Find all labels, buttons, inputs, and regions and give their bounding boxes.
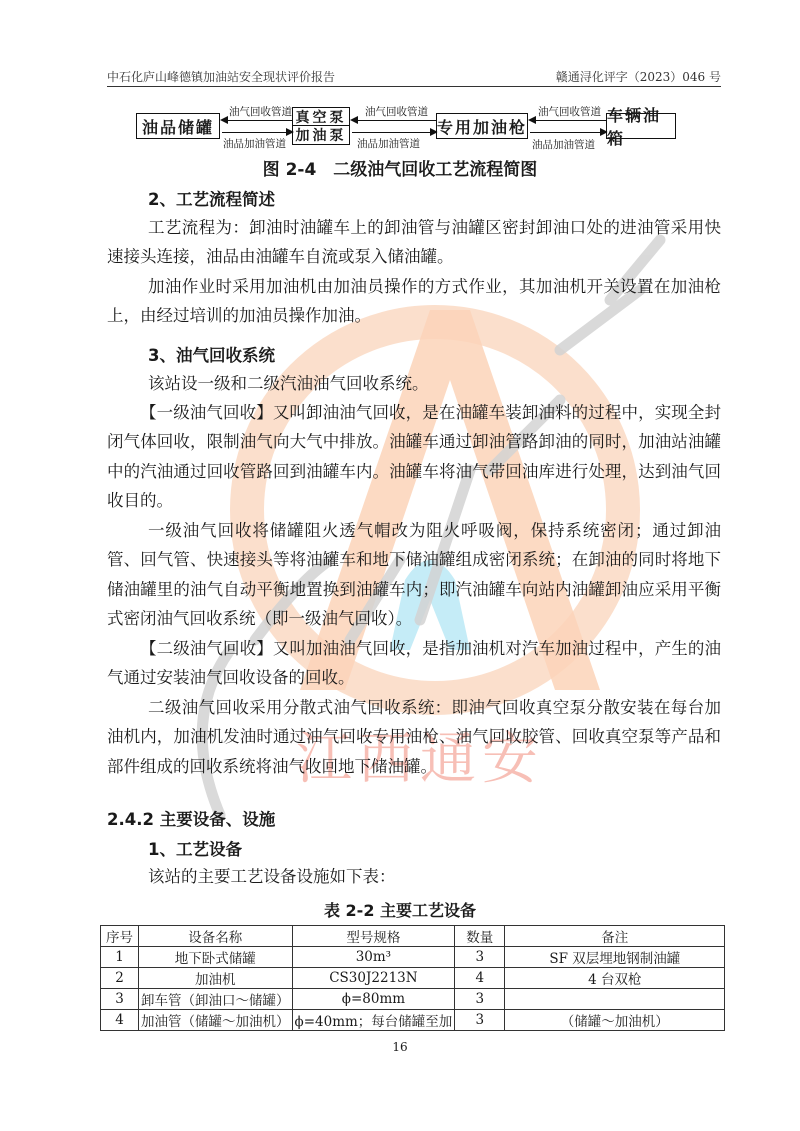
cell-spec: 30m³	[292, 947, 455, 968]
pipe-label-vapor-1: 油气回收管道	[229, 104, 292, 119]
table-row: 4 加油管（储罐～加油机） ϕ=40mm；每台储罐至加 3 （储罐～加油机）	[101, 1010, 725, 1031]
report-title: 中石化庐山峰德镇加油站安全现状评价报告	[107, 68, 335, 85]
paragraph-equipment-intro: 该站的主要工艺设备设施如下表：	[107, 862, 721, 891]
header-qty: 数量	[455, 926, 505, 947]
box-fuel-pump: 加油泵	[293, 126, 349, 144]
paragraph-process-2: 加油作业时采用加油机由加油员操作的方式作业，其加油机开关设置在加油枪上，由经过培…	[107, 272, 721, 331]
cell-no: 2	[101, 968, 139, 989]
cell-name: 地下卧式储罐	[139, 947, 293, 968]
paragraph-vapor-stage2: 【二级油气回收】又叫加油油气回收，是指加油机对汽车加油过程中，产生的油气通过安装…	[107, 634, 721, 693]
cell-spec: ϕ=80mm	[292, 989, 455, 1010]
section-title-process-equipment: 1、工艺设备	[148, 836, 242, 860]
cell-remarks: （储罐～加油机）	[505, 1010, 725, 1031]
document-page: 江西通安 中石化庐山峰德镇加油站安全现状评价报告 赣通浔化评字（2023）046…	[0, 0, 800, 1131]
paragraph-vapor-1: 该站设一级和二级汽油油气回收系统。	[107, 369, 721, 398]
pipe-label-vapor-2: 油气回收管道	[365, 104, 428, 119]
section-main-equipment: 2.4.2 主要设备、设施	[107, 806, 275, 830]
box-oil-tank: 油品储罐	[136, 113, 220, 139]
header-no: 序号	[101, 926, 139, 947]
cell-qty: 3	[455, 1010, 505, 1031]
cell-qty: 3	[455, 989, 505, 1010]
pipe-label-fuel-2: 油品加油管道	[357, 136, 420, 151]
section-title-process: 2、工艺流程简述	[148, 186, 275, 210]
table-row: 2 加油机 CS30J2213N 4 4 台双枪	[101, 968, 725, 989]
page-header: 中石化庐山峰德镇加油站安全现状评价报告 赣通浔化评字（2023）046 号	[107, 66, 721, 87]
cell-no: 3	[101, 989, 139, 1010]
arrow-vapor-3	[530, 120, 606, 121]
cell-qty: 4	[455, 968, 505, 989]
cell-no: 1	[101, 947, 139, 968]
box-nozzle: 专用加油枪	[436, 113, 528, 139]
pipe-label-fuel-3: 油品加油管道	[532, 137, 595, 152]
table-row: 1 地下卧式储罐 30m³ 3 SF 双层埋地钢制油罐	[101, 947, 725, 968]
cell-name: 卸车管（卸油口～储罐）	[139, 989, 293, 1010]
section-title-vapor-recovery: 3、油气回收系统	[148, 342, 275, 366]
cell-name: 加油管（储罐～加油机）	[139, 1010, 293, 1031]
cell-spec: ϕ=40mm；每台储罐至加	[292, 1010, 455, 1031]
cell-remarks: 4 台双枪	[505, 968, 725, 989]
paragraph-vapor-stage1: 【一级油气回收】又叫卸油油气回收，是在油罐车装卸油料的过程中，实现全封闭气体回收…	[107, 398, 721, 516]
table-header-row: 序号 设备名称 型号规格 数量 备注	[101, 926, 725, 947]
paragraph-vapor-stage2-detail: 二级油气回收采用分散式油气回收系统：即油气回收真空泵分散安装在每台加油机内，加油…	[107, 693, 721, 781]
cell-remarks	[505, 989, 725, 1010]
header-name: 设备名称	[139, 926, 293, 947]
equipment-table: 序号 设备名称 型号规格 数量 备注 1 地下卧式储罐 30m³ 3 SF 双层…	[100, 925, 725, 1031]
header-spec: 型号规格	[292, 926, 455, 947]
cell-name: 加油机	[139, 968, 293, 989]
report-number: 赣通浔化评字（2023）046 号	[556, 68, 721, 85]
cell-no: 4	[101, 1010, 139, 1031]
arrow-fuel-1	[222, 132, 292, 133]
pipe-label-vapor-3: 油气回收管道	[538, 104, 601, 119]
cell-remarks: SF 双层埋地钢制油罐	[505, 947, 725, 968]
box-pumps: 真空泵 加油泵	[292, 107, 350, 145]
box-vehicle-tank: 车辆油箱	[606, 113, 676, 139]
box-vacuum-pump: 真空泵	[293, 108, 349, 126]
cell-qty: 3	[455, 947, 505, 968]
paragraph-vapor-stage1-detail: 一级油气回收将储罐阻火透气帽改为阻火呼吸阀，保持系统密闭；通过卸油管、回气管、快…	[107, 516, 721, 634]
pipe-label-fuel-1: 油品加油管道	[223, 136, 286, 151]
cell-spec: CS30J2213N	[292, 968, 455, 989]
table-caption: 表 2-2 主要工艺设备	[0, 898, 800, 921]
header-remarks: 备注	[505, 926, 725, 947]
vapor-recovery-flow-diagram: 油品储罐 油气回收管道 油品加油管道 真空泵 加油泵 油气回收管道 油品加油管道…	[130, 103, 710, 151]
arrow-vapor-1	[222, 120, 292, 121]
table-row: 3 卸车管（卸油口～储罐） ϕ=80mm 3	[101, 989, 725, 1010]
arrow-fuel-2	[352, 132, 436, 133]
paragraph-process-1: 工艺流程为：卸油时油罐车上的卸油管与油罐区密封卸油口处的进油管采用快速接头连接，…	[107, 213, 721, 272]
arrow-fuel-3	[530, 132, 606, 133]
figure-caption: 图 2-4 二级油气回收工艺流程简图	[0, 155, 800, 180]
page-number: 16	[0, 1040, 800, 1054]
arrow-vapor-2	[352, 120, 436, 121]
